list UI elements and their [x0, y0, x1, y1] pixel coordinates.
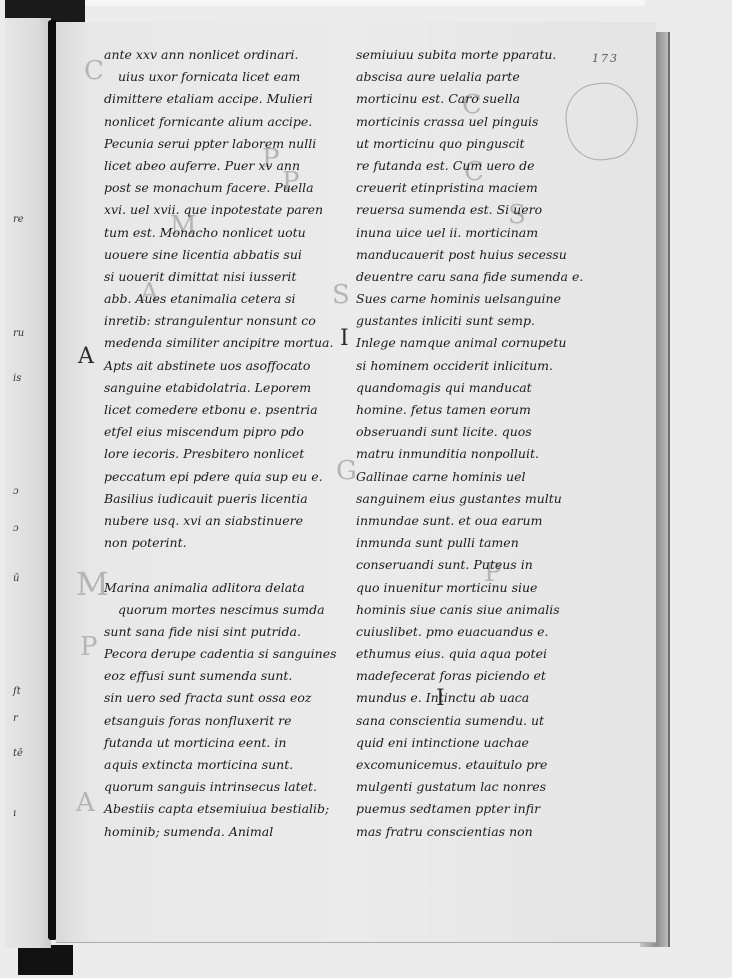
text-line: peccatum epi pdere quia sup eu e. [104, 466, 344, 488]
text-line: obseruandi sunt licite. quos [356, 421, 596, 443]
prev-page-fragment: r [13, 713, 18, 724]
initial-letter: A [78, 344, 94, 369]
initial-letter: C [84, 56, 104, 86]
text-line: si hominem occiderit inlicitum. [356, 355, 596, 377]
text-line: ethumus eius. quia aqua potei [356, 643, 596, 665]
text-line: post se monachum facere. Puella [104, 177, 344, 199]
text-line: mulgenti gustatum lac nonres [356, 776, 596, 798]
previous-page-edge: re ru is ɔ ɔ ū ſt r tē ı [5, 18, 51, 948]
text-line: nubere usq. xvi an siabstinuere [104, 510, 344, 532]
right-text-column: semiuiuu subita morte pparatu. abscisa a… [356, 44, 596, 843]
text-line: lore iecoris. Presbitero nonlicet [104, 443, 344, 465]
text-line: quorum sanguis intrinsecus latet. [104, 776, 344, 798]
text-line: cuiuslibet. pmo euacuandus e. [356, 621, 596, 643]
blank-line [104, 554, 344, 576]
text-line: tum est. Monacho nonlicet uotu [104, 222, 344, 244]
text-line: futanda ut morticina eent. in [104, 732, 344, 754]
text-line: morticinis crassa uel pinguis [356, 111, 596, 133]
text-line: mundus e. Intinctu ab uaca [356, 687, 596, 709]
text-line: licet comedere etbonu e. psentria [104, 399, 344, 421]
manuscript-viewer: re ru is ɔ ɔ ū ſt r tē ı 173 C P P M A A… [0, 0, 732, 978]
initial-letter: P [80, 632, 98, 662]
text-line: reuersa sumenda est. Si uero [356, 199, 596, 221]
text-line: madefecerat foras piciendo et [356, 665, 596, 687]
folio-number: 173 [592, 52, 619, 65]
text-line: puemus sedtamen ppter infir [356, 798, 596, 820]
text-line: gustantes inliciti sunt semp. [356, 310, 596, 332]
text-line: quorum mortes nescimus sumda [104, 599, 344, 621]
text-line: abscisa aure uelalia parte [356, 66, 596, 88]
text-line: licet abeo auferre. Puer xv ann [104, 155, 344, 177]
text-line: Pecora derupe cadentia si sanguines [104, 643, 344, 665]
text-line: matru inmunditia nonpolluit. [356, 443, 596, 465]
text-line: conseruandi sunt. Puteus in [356, 554, 596, 576]
scan-border-bottom [18, 945, 73, 975]
text-line: sin uero sed fracta sunt ossa eoz [104, 687, 344, 709]
text-line: non poterint. [104, 532, 344, 554]
text-line: re futanda est. Cum uero de [356, 155, 596, 177]
text-line: quandomagis qui manducat [356, 377, 596, 399]
text-line: hominis siue canis siue animalis [356, 599, 596, 621]
text-line: hominib; sumenda. Animal [104, 821, 344, 843]
text-line: abb. Aues etanimalia cetera si [104, 288, 344, 310]
text-line: dimittere etaliam accipe. Mulieri [104, 88, 344, 110]
prev-page-fragment: ru [13, 328, 24, 339]
text-line: morticinu est. Caro suella [356, 88, 596, 110]
text-line: ante xxv ann nonlicet ordinari. [104, 44, 344, 66]
left-text-column: ante xxv ann nonlicet ordinari. uius uxo… [104, 44, 344, 843]
text-line: nonlicet fornicante alium accipe. [104, 111, 344, 133]
text-line: ut morticinu quo pinguscit [356, 133, 596, 155]
text-line: etfel eius miscendum pipro pdo [104, 421, 344, 443]
text-line: sanguine etabidolatria. Leporem [104, 377, 344, 399]
text-line: uius uxor fornicata licet eam [104, 66, 344, 88]
text-line: excomunicemus. etauitulo pre [356, 754, 596, 776]
text-line: sanguinem eius gustantes multu [356, 488, 596, 510]
text-line: Gallinae carne hominis uel [356, 466, 596, 488]
prev-page-fragment: tē [13, 748, 23, 759]
prev-page-fragment: re [13, 214, 24, 225]
text-line: homine. fetus tamen eorum [356, 399, 596, 421]
text-line: inmunda sunt pulli tamen [356, 532, 596, 554]
text-line: xvi. uel xvii. que inpotestate paren [104, 199, 344, 221]
prev-page-fragment: ū [13, 573, 19, 584]
text-line: sunt sana fide nisi sint putrida. [104, 621, 344, 643]
text-line: Basilius iudicauit pueris licentia [104, 488, 344, 510]
text-line: etsanguis foras nonfluxerit re [104, 710, 344, 732]
text-line: mas fratru conscientias non [356, 821, 596, 843]
text-line: aquis extincta morticina sunt. [104, 754, 344, 776]
text-line: medenda similiter ancipitre mortua. [104, 332, 344, 354]
text-line: Marina animalia adlitora delata [104, 577, 344, 599]
text-line: Pecunia serui ppter laborem nulli [104, 133, 344, 155]
text-line: inretib: strangulentur nonsunt co [104, 310, 344, 332]
text-line: inuna uice uel ii. morticinam [356, 222, 596, 244]
text-line: si uouerit dimittat nisi iusserit [104, 266, 344, 288]
text-line: inmundae sunt. et oua earum [356, 510, 596, 532]
text-line: uouere sine licentia abbatis sui [104, 244, 344, 266]
prev-page-fragment: ı [13, 808, 16, 819]
text-line: sana conscientia sumendu. ut [356, 710, 596, 732]
text-line: quid eni intinctione uachae [356, 732, 596, 754]
text-line: eoz effusi sunt sumenda sunt. [104, 665, 344, 687]
scan-border-top-light [85, 0, 645, 6]
prev-page-fragment: ſt [13, 686, 21, 697]
text-line: creuerit etinpristina maciem [356, 177, 596, 199]
text-line: deuentre caru sana fide sumenda e. [356, 266, 596, 288]
text-line: manducauerit post huius secessu [356, 244, 596, 266]
prev-page-fragment: is [13, 373, 21, 384]
prev-page-fragment: ɔ [13, 523, 19, 534]
text-line: Sues carne hominis uelsanguine [356, 288, 596, 310]
initial-letter: A [76, 788, 95, 818]
prev-page-fragment: ɔ [13, 486, 19, 497]
text-line: Apts ait abstinete uos asoffocato [104, 355, 344, 377]
text-line: quo inuenitur morticinu siue [356, 577, 596, 599]
text-line: semiuiuu subita morte pparatu. [356, 44, 596, 66]
text-line: Abestiis capta etsemiuiua bestialib; [104, 798, 344, 820]
text-line: Inlege namque animal cornupetu [356, 332, 596, 354]
